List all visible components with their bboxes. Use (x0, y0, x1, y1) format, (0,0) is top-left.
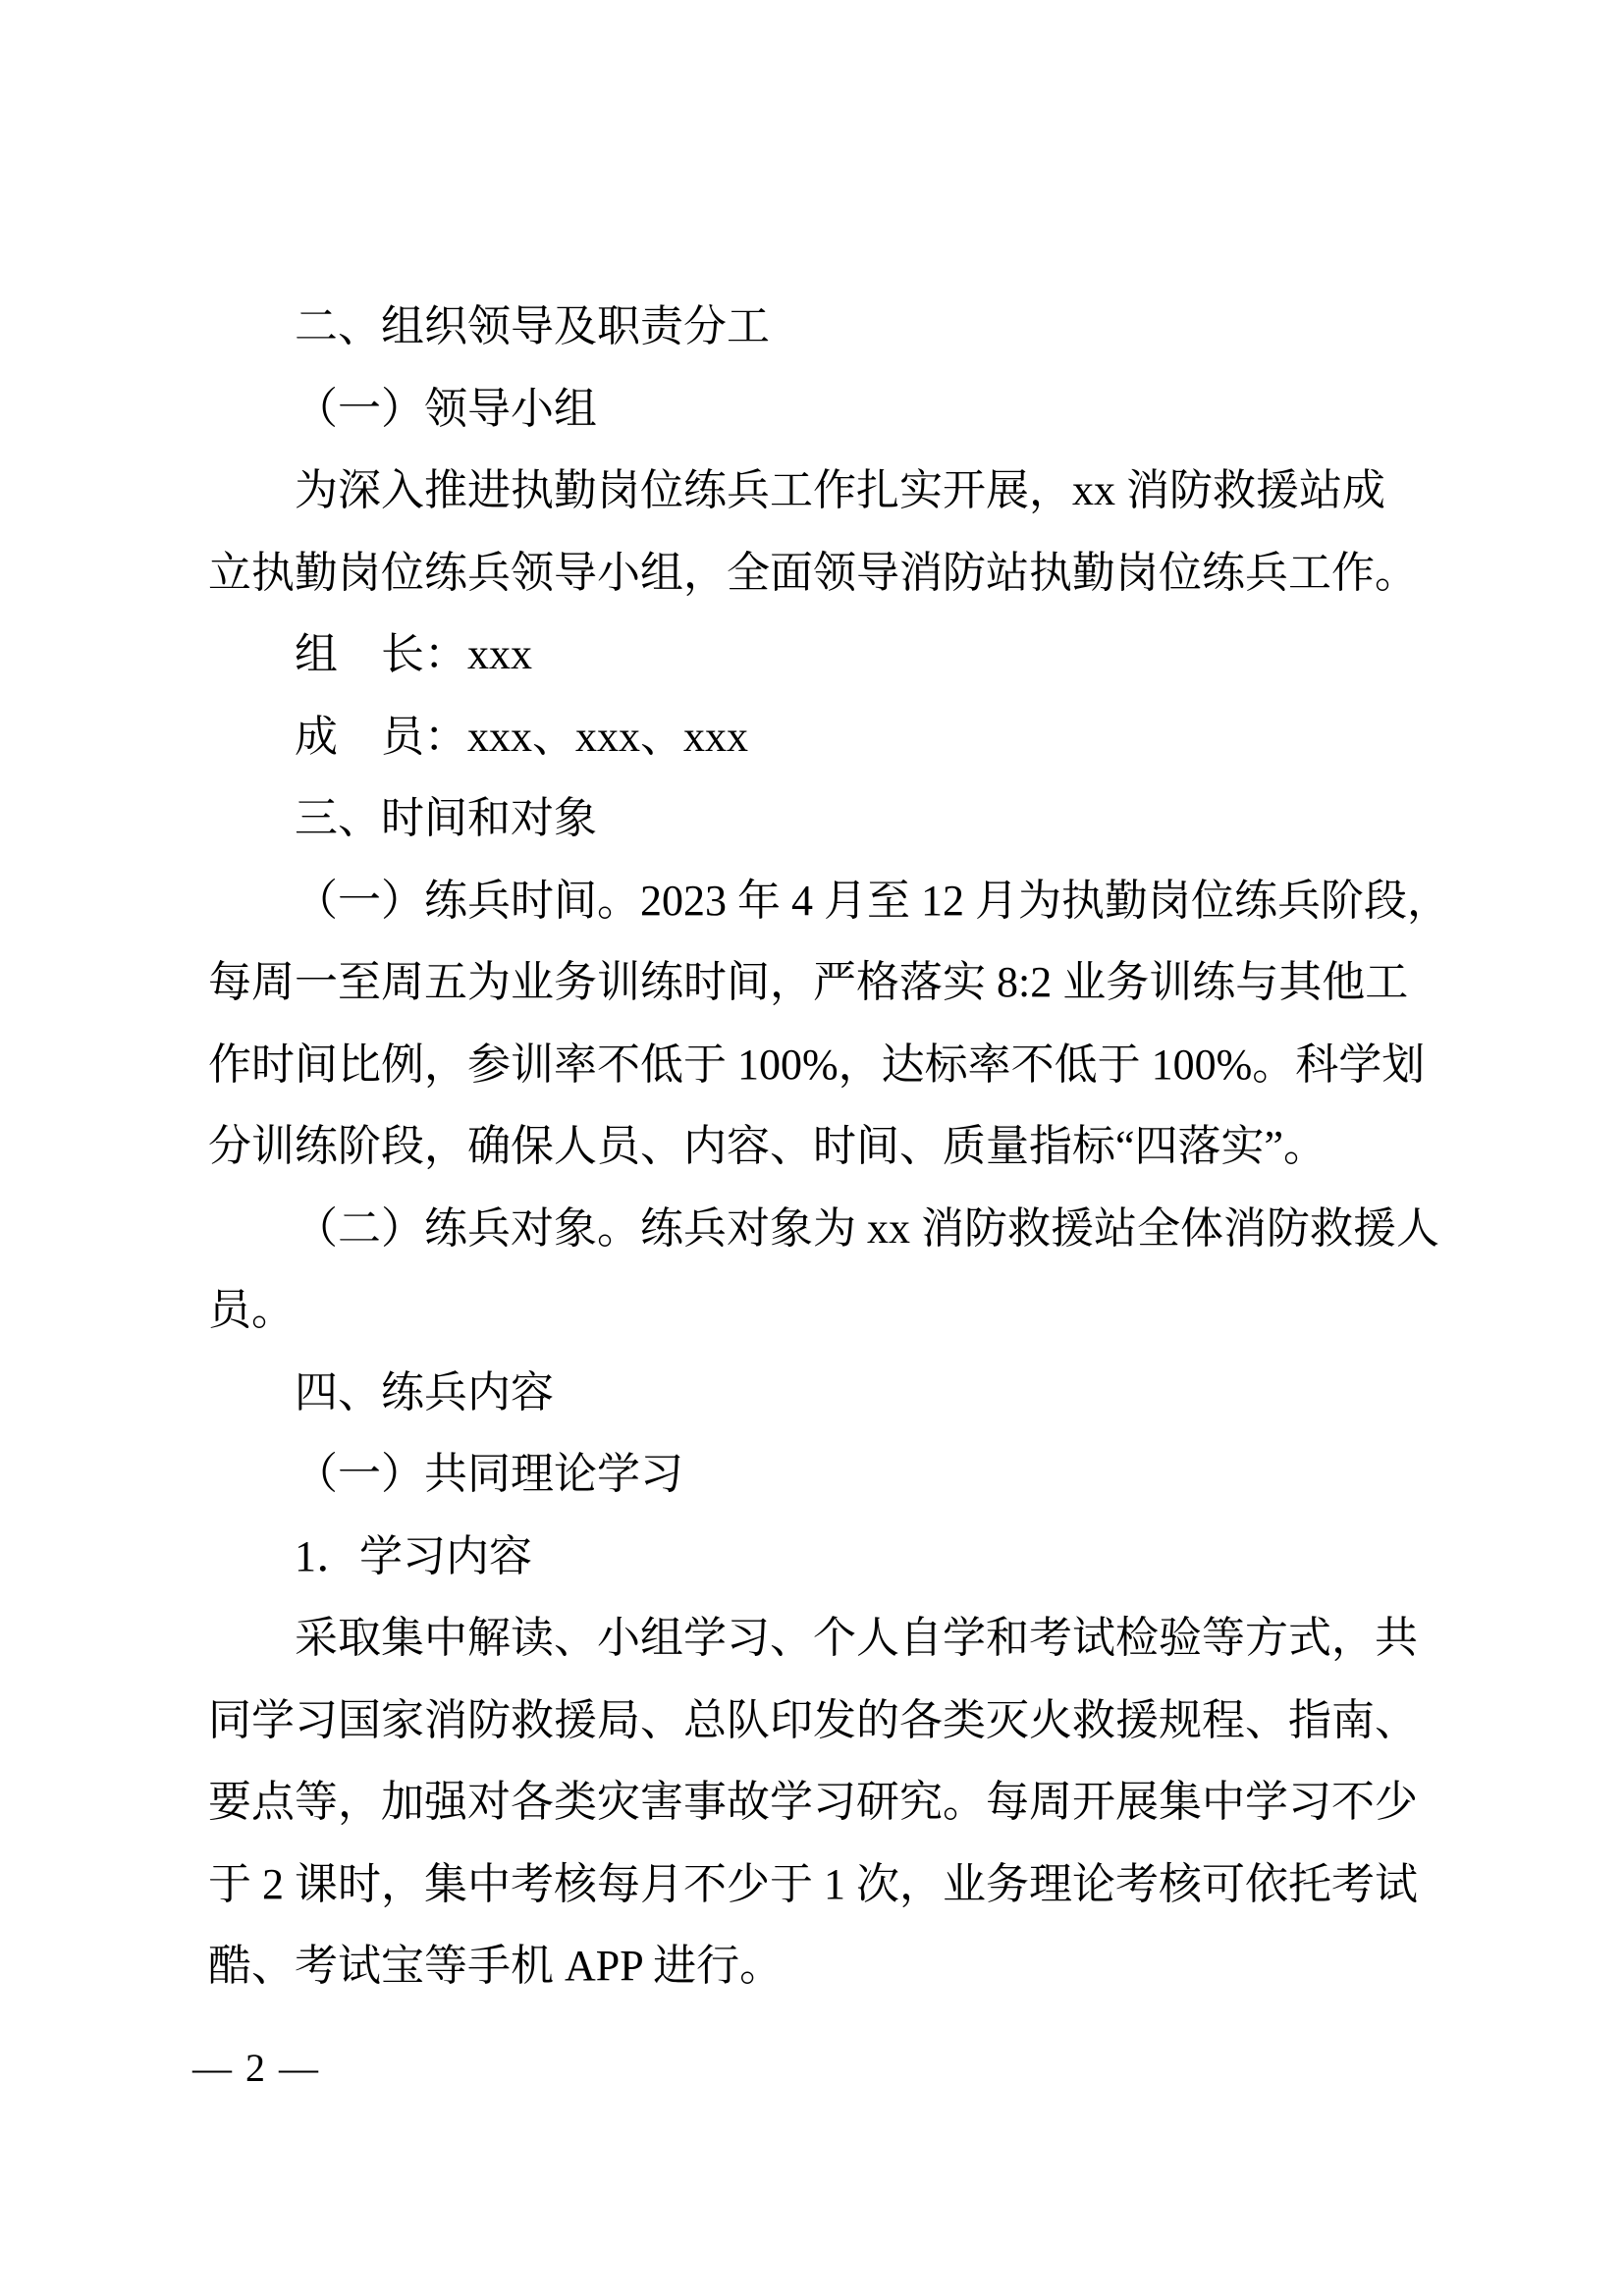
document-page: 二、组织领导及职责分工 （一）领导小组 为深入推进执勤岗位练兵工作扎实开展，xx… (0, 0, 1624, 2296)
text-line-training-targets: （二）练兵对象。练兵对象为 xx 消防救援站全体消防救援人 (208, 1188, 1445, 1270)
page-number: — 2 — (192, 2045, 320, 2092)
text-line: 分训练阶段，确保人员、内容、时间、质量指标“四落实”。 (208, 1105, 1445, 1188)
text-line: 作时间比例，参训率不低于 100%，达标率不低于 100%。科学划 (208, 1024, 1445, 1106)
text-line-group-members: 成 员：xxx、xxx、xxx (208, 696, 1445, 778)
heading-organization-leadership: 二、组织领导及职责分工 (208, 286, 1445, 368)
text-line-group-leader: 组 长：xxx (208, 614, 1445, 696)
heading-theory-study: （一）共同理论学习 (208, 1433, 1445, 1516)
text-line: 采取集中解读、小组学习、个人自学和考试检验等方式，共 (208, 1597, 1445, 1680)
text-line-training-time: （一）练兵时间。2023 年 4 月至 12 月为执勤岗位练兵阶段， (208, 860, 1445, 942)
heading-leading-group: （一）领导小组 (208, 368, 1445, 451)
text-line: 立执勤岗位练兵领导小组，全面领导消防站执勤岗位练兵工作。 (208, 532, 1445, 614)
text-line: 同学习国家消防救援局、总队印发的各类灭火救援规程、指南、 (208, 1680, 1445, 1762)
document-body: 二、组织领导及职责分工 （一）领导小组 为深入推进执勤岗位练兵工作扎实开展，xx… (208, 286, 1445, 2007)
heading-time-and-targets: 三、时间和对象 (208, 777, 1445, 860)
text-line: 要点等，加强对各类灾害事故学习研究。每周开展集中学习不少 (208, 1761, 1445, 1843)
heading-training-content: 四、练兵内容 (208, 1352, 1445, 1434)
text-line: 于 2 课时，集中考核每月不少于 1 次，业务理论考核可依托考试 (208, 1843, 1445, 1926)
heading-study-content: 1．学习内容 (208, 1516, 1445, 1598)
text-line: 为深入推进执勤岗位练兵工作扎实开展，xx 消防救援站成 (208, 450, 1445, 532)
text-line: 酷、考试宝等手机 APP 进行。 (208, 1925, 1445, 2007)
text-line: 员。 (208, 1269, 1445, 1352)
text-line: 每周一至周五为业务训练时间，严格落实 8:2 业务训练与其他工 (208, 941, 1445, 1024)
